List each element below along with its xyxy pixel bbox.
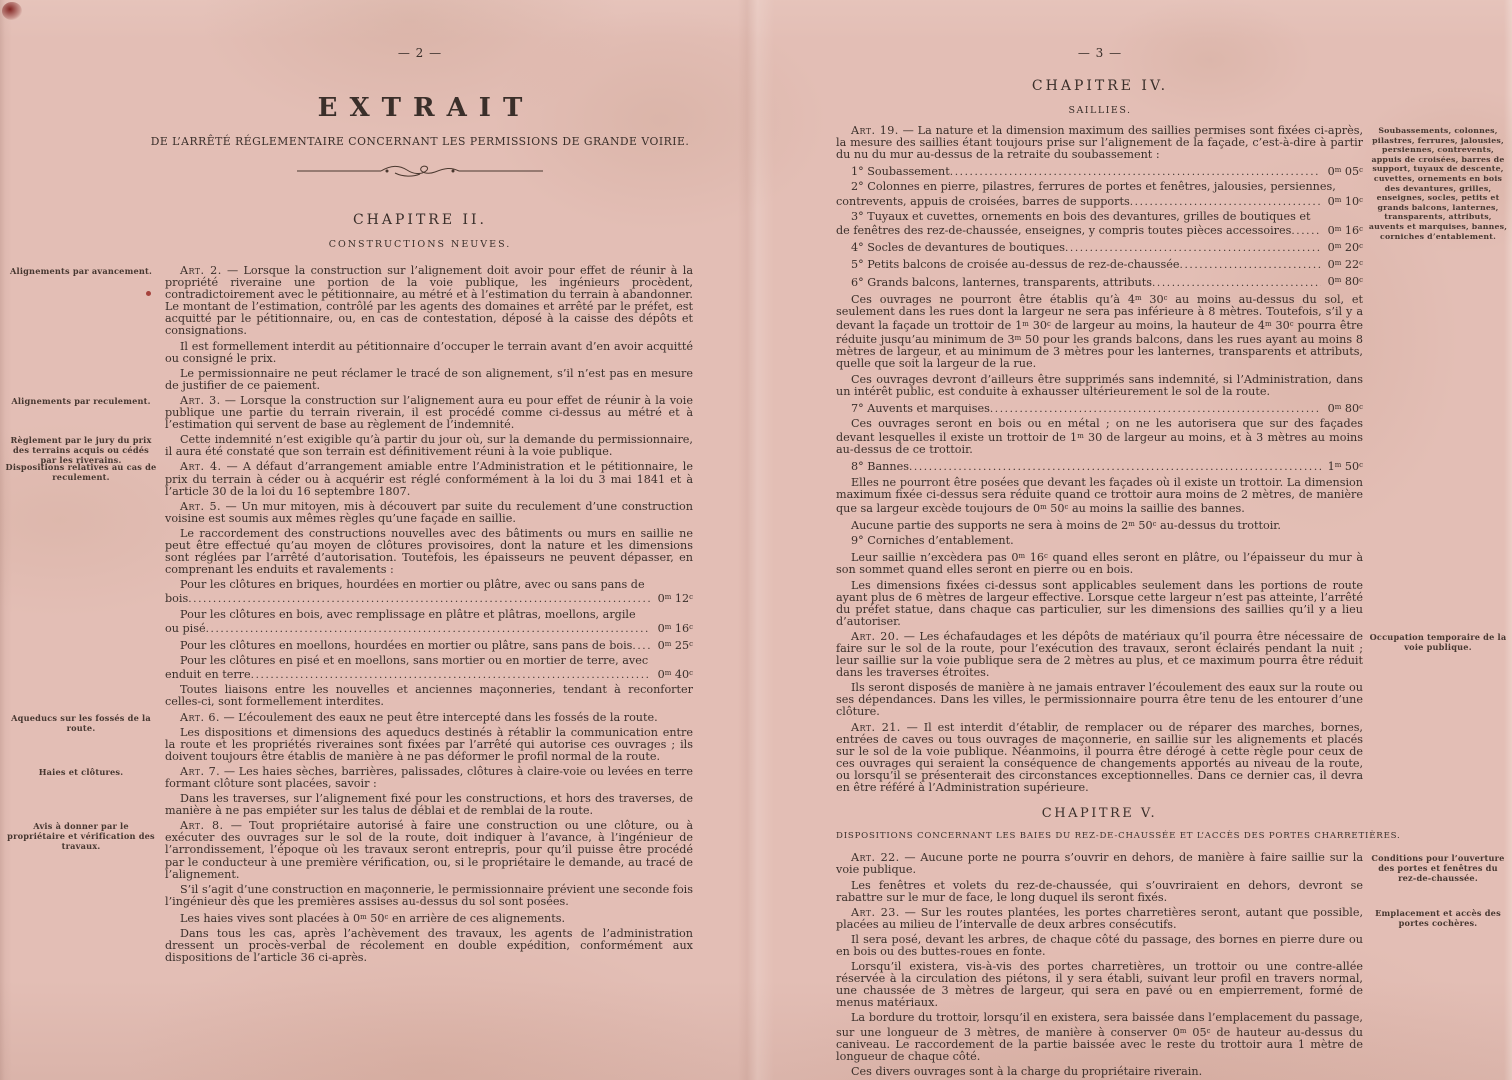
article-paragraph: Art. 23. — Sur les routes plantées, les … <box>836 907 1363 931</box>
margin-note: Dispositions relatives au cas de reculem… <box>4 462 158 482</box>
dot-leader <box>990 403 1321 415</box>
article-paragraph: Art. 4. — A défaut d’arrangement amiable… <box>165 461 693 497</box>
margin-note: Alignements par avancement. <box>4 266 158 276</box>
dot-leader <box>206 623 651 635</box>
paragraph: Les dimensions fixées ci-dessus sont app… <box>836 580 1363 628</box>
dotted-entry-label: contrevents, appuis de croisées, barres … <box>836 196 1130 208</box>
article-number: Art. 2. <box>180 264 222 277</box>
dot-leader <box>1130 196 1321 208</box>
dotted-tariff-entry: 4° Socles de devantures de boutiques0m 2… <box>836 240 1363 254</box>
chapter-heading: CHAPITRE II. <box>150 212 690 228</box>
dotted-tariff-entry: 8° Bannes1m 50c <box>836 459 1363 473</box>
page-2: — 2 — EXTRAIT DE L’ARRÊTÉ RÉGLEMENTAIRE … <box>150 46 690 967</box>
paragraph: Dans les traverses, sur l’alignement fix… <box>165 793 693 817</box>
dotted-entry-value: 0m 16c <box>1321 223 1363 237</box>
dotted-entry-value: 0m 80c <box>1321 274 1363 288</box>
paragraph: Aucune partie des supports ne sera à moi… <box>836 518 1363 532</box>
dotted-entry-label: 6° Grands balcons, lanternes, transparen… <box>836 277 1152 289</box>
chapter-subtitle: DISPOSITIONS CONCERNANT LES BAIES DU REZ… <box>836 830 1363 842</box>
dotted-entry-value: 1m 50c <box>1321 459 1363 473</box>
article-number: Art. 20. <box>851 630 899 643</box>
paragraph: Le permissionnaire ne peut réclamer le t… <box>165 368 693 392</box>
paragraph: Toutes liaisons entre les nouvelles et a… <box>165 684 693 708</box>
paragraph: Ces ouvrages seront en bois ou en métal … <box>836 418 1363 456</box>
dotted-entry-wrap-line: Pour les clôtures en bois, avec rempliss… <box>165 609 693 621</box>
margin-note: Emplacement et accès des portes cochères… <box>1368 908 1508 928</box>
paragraph: Dans tous les cas, après l’achèvement de… <box>165 928 693 964</box>
dotted-entry-label: 1° Soubassement <box>836 166 950 178</box>
paragraph: Leur saillie n’excèdera pas 0m 16c quand… <box>836 550 1363 576</box>
dotted-entry-wrap-line: Pour les clôtures en pisé et en moellons… <box>165 655 693 667</box>
article-number: Art. 5. <box>180 500 221 513</box>
dotted-entry-label: Pour les clôtures en moellons, hourdées … <box>165 640 632 652</box>
article-paragraph: Art. 2. — Lorsque la construction sur l’… <box>165 265 693 338</box>
article-number: Art. 22. <box>851 851 900 864</box>
margin-note: Aqueducs sur les fossés de la route. <box>4 713 158 733</box>
paragraph: Les fenêtres et volets du rez-de-chaussé… <box>836 880 1363 904</box>
paragraph: Le raccordement des constructions nouvel… <box>165 528 693 576</box>
article-number: Art. 3. <box>180 394 221 407</box>
page-number: — 2 — <box>150 46 690 60</box>
dotted-entry-value: 0m 16c <box>651 621 693 635</box>
article-paragraph: Art. 6. — L’écoulement des eaux ne peut … <box>165 712 693 724</box>
paragraph: Cette indemnité n’est exigible qu’à part… <box>165 434 693 458</box>
page-3-body: Art. 19. — La nature et la dimension max… <box>836 125 1363 1078</box>
dotted-entry-value: 0m 22c <box>1321 257 1363 271</box>
dotted-entry-wrap-line: 3° Tuyaux et cuvettes, ornements en bois… <box>836 211 1363 223</box>
dot-leader <box>1291 225 1320 237</box>
page-3: — 3 — CHAPITRE IV. SAILLIES. Art. 19. — … <box>830 46 1370 1080</box>
paragraph: La bordure du trottoir, lorsqu’il en exi… <box>836 1012 1363 1062</box>
dotted-entry-label: bois <box>165 593 188 605</box>
article-number: Art. 21. <box>851 721 901 734</box>
left-margin-notes-column: Alignements par avancement.Alignements p… <box>4 0 158 1080</box>
paragraph: Lorsqu’il existera, vis-à-vis des portes… <box>836 961 1363 1009</box>
dotted-entry-wrap-line: 2° Colonnes en pierre, pilastres, ferrur… <box>836 181 1363 193</box>
right-margin-notes-column: Soubassements, colonnes, pilastres, ferr… <box>1368 0 1508 1080</box>
margin-note: Avis à donner par le propriétaire et vér… <box>4 821 158 851</box>
paragraph: S’il s’agit d’une construction en maçonn… <box>165 884 693 908</box>
document-title: EXTRAIT <box>150 93 690 123</box>
paragraph: Ces divers ouvrages sont à la charge du … <box>836 1066 1363 1078</box>
dotted-entry-value: 0m 80c <box>1321 401 1363 415</box>
paragraph: Il sera posé, devant les arbres, de chaq… <box>836 934 1363 958</box>
paragraph: Ces ouvrages ne pourront être établis qu… <box>836 292 1363 371</box>
article-paragraph: Art. 21. — Il est interdit d’établir, de… <box>836 722 1363 795</box>
dotted-entry-label: de fenêtres des rez-de-chaussée, enseign… <box>836 225 1291 237</box>
margin-note: Règlement par le jury du prix des terrai… <box>4 435 158 465</box>
dotted-tariff-entry: Pour les clôtures en bois, avec rempliss… <box>165 609 693 635</box>
paragraph: Elles ne pourront être posées que devant… <box>836 477 1363 515</box>
dot-leader <box>188 593 650 605</box>
dotted-entry-label: 4° Socles de devantures de boutiques <box>836 242 1065 254</box>
dotted-entry-value: 0m 10c <box>1321 194 1363 208</box>
document-subtitle: DE L’ARRÊTÉ RÉGLEMENTAIRE CONCERNANT LES… <box>150 135 690 148</box>
dotted-entry-label: 5° Petits balcons de croisée au-dessus d… <box>836 259 1180 271</box>
article-number: Art. 8. <box>180 819 224 832</box>
paragraph: 9° Corniches d’entablement. <box>836 535 1363 547</box>
page-2-body: Art. 2. — Lorsque la construction sur l’… <box>165 265 693 964</box>
dotted-entry-label: ou pisé <box>165 623 206 635</box>
dotted-tariff-entry: 7° Auvents et marquises0m 80c <box>836 401 1363 415</box>
dot-leader <box>1065 242 1321 254</box>
dotted-entry-label: 7° Auvents et marquises <box>836 403 990 415</box>
article-paragraph: Art. 8. — Tout propriétaire autorisé à f… <box>165 820 693 880</box>
dotted-entry-value: 0m 40c <box>651 667 693 681</box>
article-number: Art. 4. <box>180 460 221 473</box>
dotted-tariff-entry: 3° Tuyaux et cuvettes, ornements en bois… <box>836 211 1363 237</box>
dot-leader <box>1180 259 1321 271</box>
paragraph: Ces ouvrages devront d’ailleurs être sup… <box>836 374 1363 398</box>
article-number: Art. 6. <box>180 711 220 724</box>
margin-note: Soubassements, colonnes, pilastres, ferr… <box>1368 126 1508 241</box>
decorative-flourish-icon <box>295 162 545 180</box>
chapter-subtitle: CONSTRUCTIONS NEUVES. <box>150 239 690 250</box>
chapter-heading: CHAPITRE V. <box>836 808 1363 820</box>
dot-leader <box>251 669 651 681</box>
dot-leader <box>1152 277 1321 289</box>
paragraph: Ils seront disposés de manière à ne jama… <box>836 682 1363 718</box>
margin-note: Alignements par reculement. <box>4 396 158 406</box>
paragraph: Les dispositions et dimensions des aqued… <box>165 727 693 763</box>
article-number: Art. 7. <box>180 765 220 778</box>
dotted-tariff-entry: 1° Soubassement0m 05c <box>836 164 1363 178</box>
dotted-tariff-entry: Pour les clôtures en briques, hourdées e… <box>165 579 693 605</box>
article-paragraph: Art. 22. — Aucune porte ne pourra s’ouvr… <box>836 852 1363 876</box>
dot-leader <box>909 461 1321 473</box>
page-number: — 3 — <box>830 46 1370 60</box>
margin-note: Conditions pour l’ouverture des portes e… <box>1368 853 1508 883</box>
article-paragraph: Art. 19. — La nature et la dimension max… <box>836 125 1363 161</box>
dotted-tariff-entry: Pour les clôtures en pisé et en moellons… <box>165 655 693 681</box>
dotted-tariff-entry: Pour les clôtures en moellons, hourdées … <box>165 638 693 652</box>
dot-leader <box>950 166 1321 178</box>
article-paragraph: Art. 7. — Les haies sèches, barrières, p… <box>165 766 693 790</box>
dotted-tariff-entry: 2° Colonnes en pierre, pilastres, ferrur… <box>836 181 1363 207</box>
dotted-entry-value: 0m 05c <box>1321 164 1363 178</box>
dot-leader <box>632 640 650 652</box>
dotted-entry-label: enduit en terre <box>165 669 251 681</box>
article-paragraph: Art. 3. — Lorsque la construction sur l’… <box>165 395 693 431</box>
dotted-entry-wrap-line: Pour les clôtures en briques, hourdées e… <box>165 579 693 591</box>
chapter-heading: CHAPITRE IV. <box>830 78 1370 94</box>
chapter-subtitle: SAILLIES. <box>830 105 1370 116</box>
paragraph: Les haies vives sont placées à 0m 50c en… <box>165 911 693 925</box>
dotted-entry-value: 0m 25c <box>651 638 693 652</box>
scanned-document-spread: Alignements par avancement.Alignements p… <box>0 0 1512 1080</box>
dotted-entry-value: 0m 12c <box>651 591 693 605</box>
article-paragraph: Art. 5. — Un mur mitoyen, mis à découver… <box>165 501 693 525</box>
article-number: Art. 23. <box>851 906 900 919</box>
dotted-tariff-entry: 6° Grands balcons, lanternes, transparen… <box>836 274 1363 288</box>
margin-note: Occupation temporaire de la voie publiqu… <box>1368 632 1508 652</box>
dotted-entry-label: 8° Bannes <box>836 461 909 473</box>
article-number: Art. 19. <box>851 124 899 137</box>
paragraph: Il est formellement interdit au pétition… <box>165 341 693 365</box>
article-paragraph: Art. 20. — Les échafaudages et les dépôt… <box>836 631 1363 679</box>
margin-note: Haies et clôtures. <box>4 767 158 777</box>
dotted-tariff-entry: 5° Petits balcons de croisée au-dessus d… <box>836 257 1363 271</box>
dotted-entry-value: 0m 20c <box>1321 240 1363 254</box>
